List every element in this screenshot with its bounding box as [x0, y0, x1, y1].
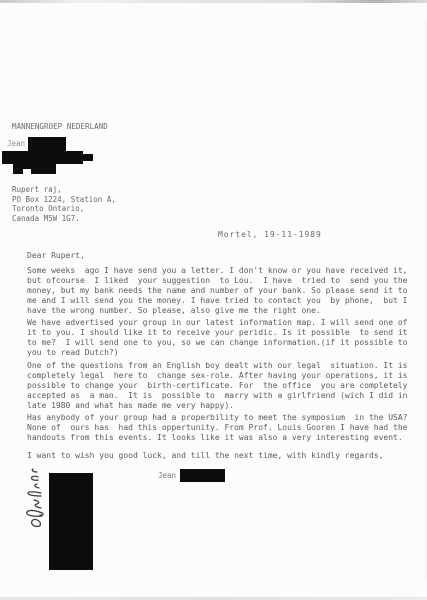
scan-artifact-top-edge	[0, 0, 427, 3]
handwritten-signature	[15, 464, 49, 530]
redaction-box-signature-surname	[180, 469, 225, 482]
paragraph-3: One of the questions from an English boy…	[27, 361, 408, 411]
scan-artifact-right-edge	[425, 20, 426, 580]
recipient-address: Rupert raj, PO Box 1224, Station A, Toro…	[12, 185, 116, 223]
paragraph-1: Some weeks ago I have send you a letter.…	[27, 266, 408, 316]
redaction-box-bottom	[49, 473, 93, 570]
redaction-box-sender-1	[28, 137, 66, 152]
paragraph-4: Has anybody of your group had a properbi…	[27, 413, 408, 443]
organization-name: MANNENGROEP NEDERLAND	[12, 122, 108, 131]
redaction-box-sender-4	[13, 163, 56, 174]
redaction-notch	[23, 169, 31, 175]
scanned-letter-page: MANNENGROEP NEDERLAND Jean Rupert raj, P…	[0, 0, 427, 600]
closing-line: I want to wish you good luck, and till t…	[27, 451, 383, 460]
dateline: Mortel, 19-11-1989	[218, 230, 322, 239]
salutation: Dear Rupert,	[27, 251, 85, 260]
signature-typed-name: Jean	[158, 471, 176, 480]
sender-first-name: Jean	[7, 139, 25, 148]
redaction-box-sender-3	[83, 154, 93, 161]
paragraph-2: We have advertised your group in our lat…	[27, 318, 408, 358]
